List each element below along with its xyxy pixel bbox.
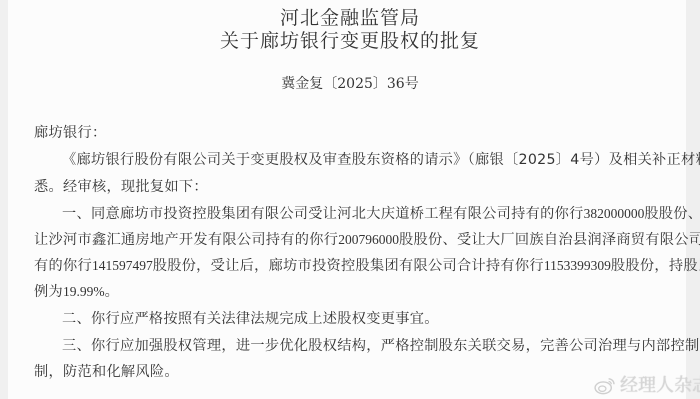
total-share-count: 1153399309 bbox=[544, 258, 611, 273]
text: 股股份，持股比 bbox=[611, 258, 700, 274]
item-1-line-1: 一、同意廊坊市投资控股集团有限公司受让河北大庆道桥工程有限公司持有的你行3820… bbox=[62, 203, 700, 223]
intro-line-2: 悉。经审核，现批复如下： bbox=[34, 176, 208, 196]
share-count: 200796000 bbox=[338, 232, 399, 247]
document-title: 关于廊坊银行变更股权的批复 bbox=[0, 26, 700, 53]
salutation: 廊坊银行： bbox=[34, 122, 106, 142]
text: 一、同意廊坊市投资控股集团有限公司受让河北大庆道桥工程有限公司持有的你行 bbox=[62, 206, 584, 222]
weibo-icon bbox=[594, 377, 616, 395]
text: 股股份、受让大厂回族自治县润泽商贸有限公司持 bbox=[399, 232, 700, 248]
share-count: 141597497 bbox=[92, 258, 153, 273]
item-3-line-2: 制，防范和化解风险。 bbox=[34, 361, 179, 381]
share-count: 382000000 bbox=[584, 206, 645, 221]
document-number: 冀金复〔2025〕36号 bbox=[0, 73, 700, 93]
left-margin bbox=[0, 0, 8, 399]
text: 有的你行 bbox=[34, 258, 92, 274]
item-1-line-3: 有的你行141597497股股份，受让后，廊坊市投资控股集团有限公司合计持有你行… bbox=[34, 255, 700, 275]
item-2: 二、你行应严格按照有关法律法规完成上述股权变更事宜。 bbox=[62, 308, 439, 328]
watermark: 经理人杂志 bbox=[594, 371, 700, 397]
watermark-text: 经理人杂志 bbox=[620, 375, 700, 396]
text: 股股份，受让后，廊坊市投资控股集团有限公司合计持有你行 bbox=[153, 258, 544, 274]
text: 让沙河市鑫汇通房地产开发有限公司持有的你行 bbox=[34, 232, 338, 248]
text: 。 bbox=[105, 284, 120, 300]
intro-line-1: 《廊坊银行股份有限公司关于变更股权及审查股东资格的请示》（廊银〔2025〕4号）… bbox=[62, 149, 700, 169]
item-1-line-2: 让沙河市鑫汇通房地产开发有限公司持有的你行200796000股股份、受让大厂回族… bbox=[34, 229, 700, 249]
holding-ratio: 19.99% bbox=[63, 284, 105, 299]
text: 股股份、受 bbox=[644, 206, 700, 222]
item-3-line-1: 三、你行应加强股权管理，进一步优化股权结构，严格控制股东关联交易，完善公司治理与… bbox=[62, 335, 700, 355]
item-1-line-4: 例为19.99%。 bbox=[34, 281, 119, 301]
text: 例为 bbox=[34, 284, 63, 300]
